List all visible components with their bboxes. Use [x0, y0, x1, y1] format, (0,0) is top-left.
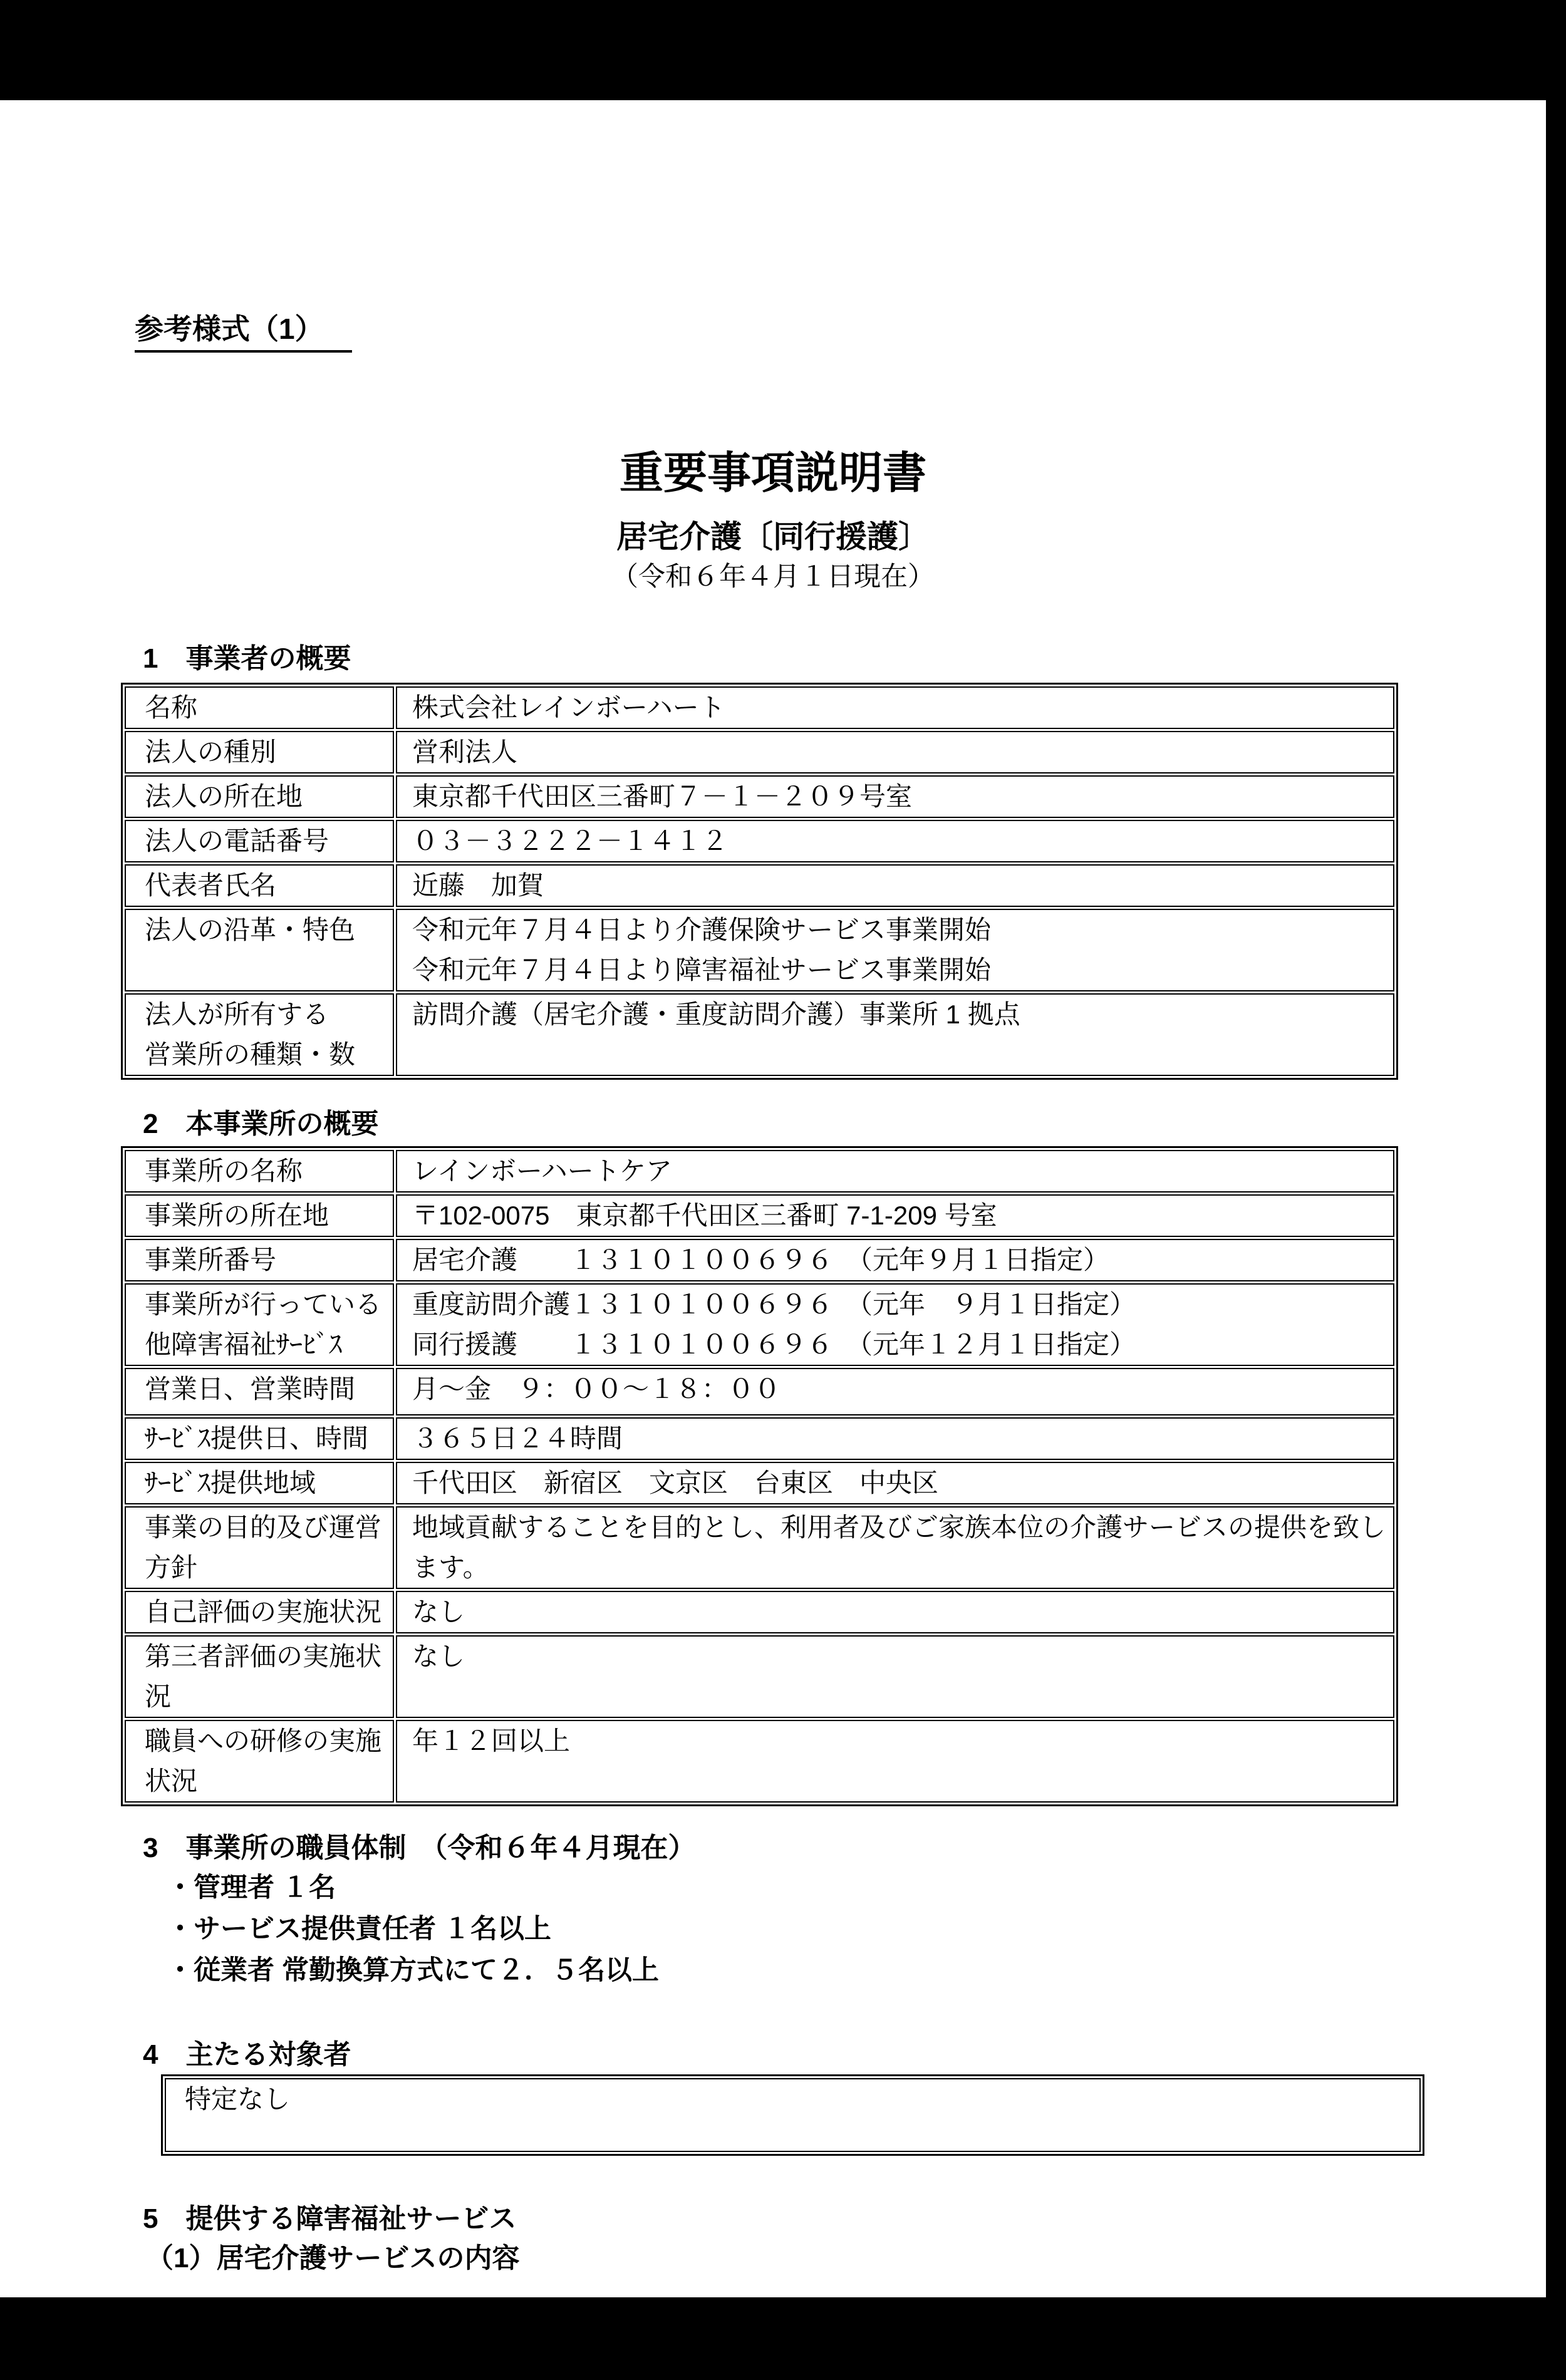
- table-row: 事業所の所在地 〒102-0075 東京都千代田区三番町 7-1-209 号室: [125, 1194, 1394, 1237]
- row-label: 法人の沿革・特色: [125, 909, 394, 991]
- section3-heading: 3 事業所の職員体制 （令和６年４月現在）: [143, 1834, 695, 1862]
- table-row: 法人の所在地 東京都千代田区三番町７－１－２０９号室: [125, 775, 1394, 818]
- section5-sub-heading: （1）居宅介護サービスの内容: [146, 2245, 519, 2272]
- table-row: 第三者評価の実施状 況 なし: [125, 1635, 1394, 1718]
- table-row: 自己評価の実施状況 なし: [125, 1591, 1394, 1633]
- row-label: 法人が所有する 営業所の種類・数: [125, 993, 394, 1076]
- scanned-document-canvas: { "page": { "form_label": "参考様式（1）", "ti…: [0, 0, 1566, 2380]
- table-row: 法人の沿革・特色 令和元年７月４日より介護保険サービス事業開始 令和元年７月４日…: [125, 909, 1394, 991]
- row-value: 営利法人: [396, 731, 1394, 773]
- document-page: 参考様式（1） 重要事項説明書 居宅介護〔同行援護〕 （令和６年４月１日現在） …: [0, 100, 1546, 2297]
- table-row: 特定なし: [165, 2078, 1421, 2152]
- row-label: 事業所の名称: [125, 1150, 394, 1193]
- row-label: 法人の所在地: [125, 775, 394, 818]
- table-row: 事業所が行っている 他障害福祉ｻｰﾋﾞｽ 重度訪問介護１３１０１００６９６ （元…: [125, 1283, 1394, 1366]
- document-title: 重要事項説明書: [0, 451, 1546, 495]
- row-value: レインボーハートケア: [396, 1150, 1394, 1193]
- staffing-item-staff: ・従業者 常勤換算方式にて２．５名以上: [167, 1957, 659, 1984]
- row-label: 第三者評価の実施状 況: [125, 1635, 394, 1718]
- table-row: ｻｰﾋﾞｽ提供日、時間 ３６５日２４時間: [125, 1417, 1394, 1460]
- table-row: 代表者氏名 近藤 加賀: [125, 864, 1394, 907]
- target-persons-box: 特定なし: [161, 2074, 1424, 2156]
- row-value: 年１２回以上: [396, 1720, 1394, 1803]
- row-value: ０３－３２２２－１４１２: [396, 820, 1394, 862]
- row-value: 訪問介護（居宅介護・重度訪問介護）事業所 1 拠点: [396, 993, 1394, 1076]
- table-row: 事業所の名称 レインボーハートケア: [125, 1150, 1394, 1193]
- row-label: 事業所が行っている 他障害福祉ｻｰﾋﾞｽ: [125, 1283, 394, 1366]
- section4-heading: 4 主たる対象者: [143, 2041, 351, 2069]
- table-row: 事業の目的及び運営 方針 地域貢献することを目的とし、利用者及びご家族本位の介護…: [125, 1506, 1394, 1589]
- row-label: 名称: [125, 686, 394, 729]
- row-label: ｻｰﾋﾞｽ提供日、時間: [125, 1417, 394, 1460]
- section2-heading: 2 本事業所の概要: [143, 1110, 378, 1138]
- table-row: 事業所番号 居宅介護 １３１０１００６９６ （元年９月１日指定）: [125, 1239, 1394, 1281]
- row-value: なし: [396, 1635, 1394, 1718]
- row-value: 重度訪問介護１３１０１００６９６ （元年 ９月１日指定） 同行援護 １３１０１０…: [396, 1283, 1394, 1366]
- row-value: 令和元年７月４日より介護保険サービス事業開始 令和元年７月４日より障害福祉サービ…: [396, 909, 1394, 991]
- row-label: 職員への研修の実施 状況: [125, 1720, 394, 1803]
- row-value: 〒102-0075 東京都千代田区三番町 7-1-209 号室: [396, 1194, 1394, 1237]
- table-row: 名称 株式会社レインボーハート: [125, 686, 1394, 729]
- row-value: 近藤 加賀: [396, 864, 1394, 907]
- row-label: 事業所番号: [125, 1239, 394, 1281]
- office-overview-table: 事業所の名称 レインボーハートケア 事業所の所在地 〒102-0075 東京都千…: [121, 1146, 1398, 1806]
- table-row: 法人が所有する 営業所の種類・数 訪問介護（居宅介護・重度訪問介護）事業所 1 …: [125, 993, 1394, 1076]
- form-reference-label: 参考様式（1）: [135, 312, 352, 353]
- row-value: 千代田区 新宿区 文京区 台東区 中央区: [396, 1462, 1394, 1504]
- table-row: 法人の電話番号 ０３－３２２２－１４１２: [125, 820, 1394, 862]
- row-value: ３６５日２４時間: [396, 1417, 1394, 1460]
- row-label: ｻｰﾋﾞｽ提供地域: [125, 1462, 394, 1504]
- staffing-item-service-manager: ・サービス提供責任者 １名以上: [167, 1916, 551, 1943]
- row-label: 事業の目的及び運営 方針: [125, 1506, 394, 1589]
- staffing-item-manager: ・管理者 １名: [167, 1875, 336, 1901]
- row-label: 法人の電話番号: [125, 820, 394, 862]
- table-row: 法人の種別 営利法人: [125, 731, 1394, 773]
- document-date-note: （令和６年４月１日現在）: [0, 564, 1546, 591]
- row-label: 事業所の所在地: [125, 1194, 394, 1237]
- row-value: 月～金 ９：００～１８：００: [396, 1368, 1394, 1415]
- table-row: ｻｰﾋﾞｽ提供地域 千代田区 新宿区 文京区 台東区 中央区: [125, 1462, 1394, 1504]
- row-value: 地域貢献することを目的とし、利用者及びご家族本位の介護サービスの提供を致し ます…: [396, 1506, 1394, 1589]
- document-subtitle: 居宅介護〔同行援護〕: [0, 521, 1546, 552]
- row-value: なし: [396, 1591, 1394, 1633]
- row-label: 法人の種別: [125, 731, 394, 773]
- section1-heading: 1 事業者の概要: [143, 645, 351, 673]
- table-row: 営業日、営業時間 月～金 ９：００～１８：００: [125, 1368, 1394, 1415]
- table-row: 職員への研修の実施 状況 年１２回以上: [125, 1720, 1394, 1803]
- row-label: 代表者氏名: [125, 864, 394, 907]
- row-value: 東京都千代田区三番町７－１－２０９号室: [396, 775, 1394, 818]
- row-value: 株式会社レインボーハート: [396, 686, 1394, 729]
- section5-heading: 5 提供する障害福祉サービス: [143, 2205, 516, 2233]
- row-label: 自己評価の実施状況: [125, 1591, 394, 1633]
- target-persons-value: 特定なし: [165, 2078, 1421, 2152]
- row-value: 居宅介護 １３１０１００６９６ （元年９月１日指定）: [396, 1239, 1394, 1281]
- row-label: 営業日、営業時間: [125, 1368, 394, 1415]
- business-operator-overview-table: 名称 株式会社レインボーハート 法人の種別 営利法人 法人の所在地 東京都千代田…: [121, 683, 1398, 1080]
